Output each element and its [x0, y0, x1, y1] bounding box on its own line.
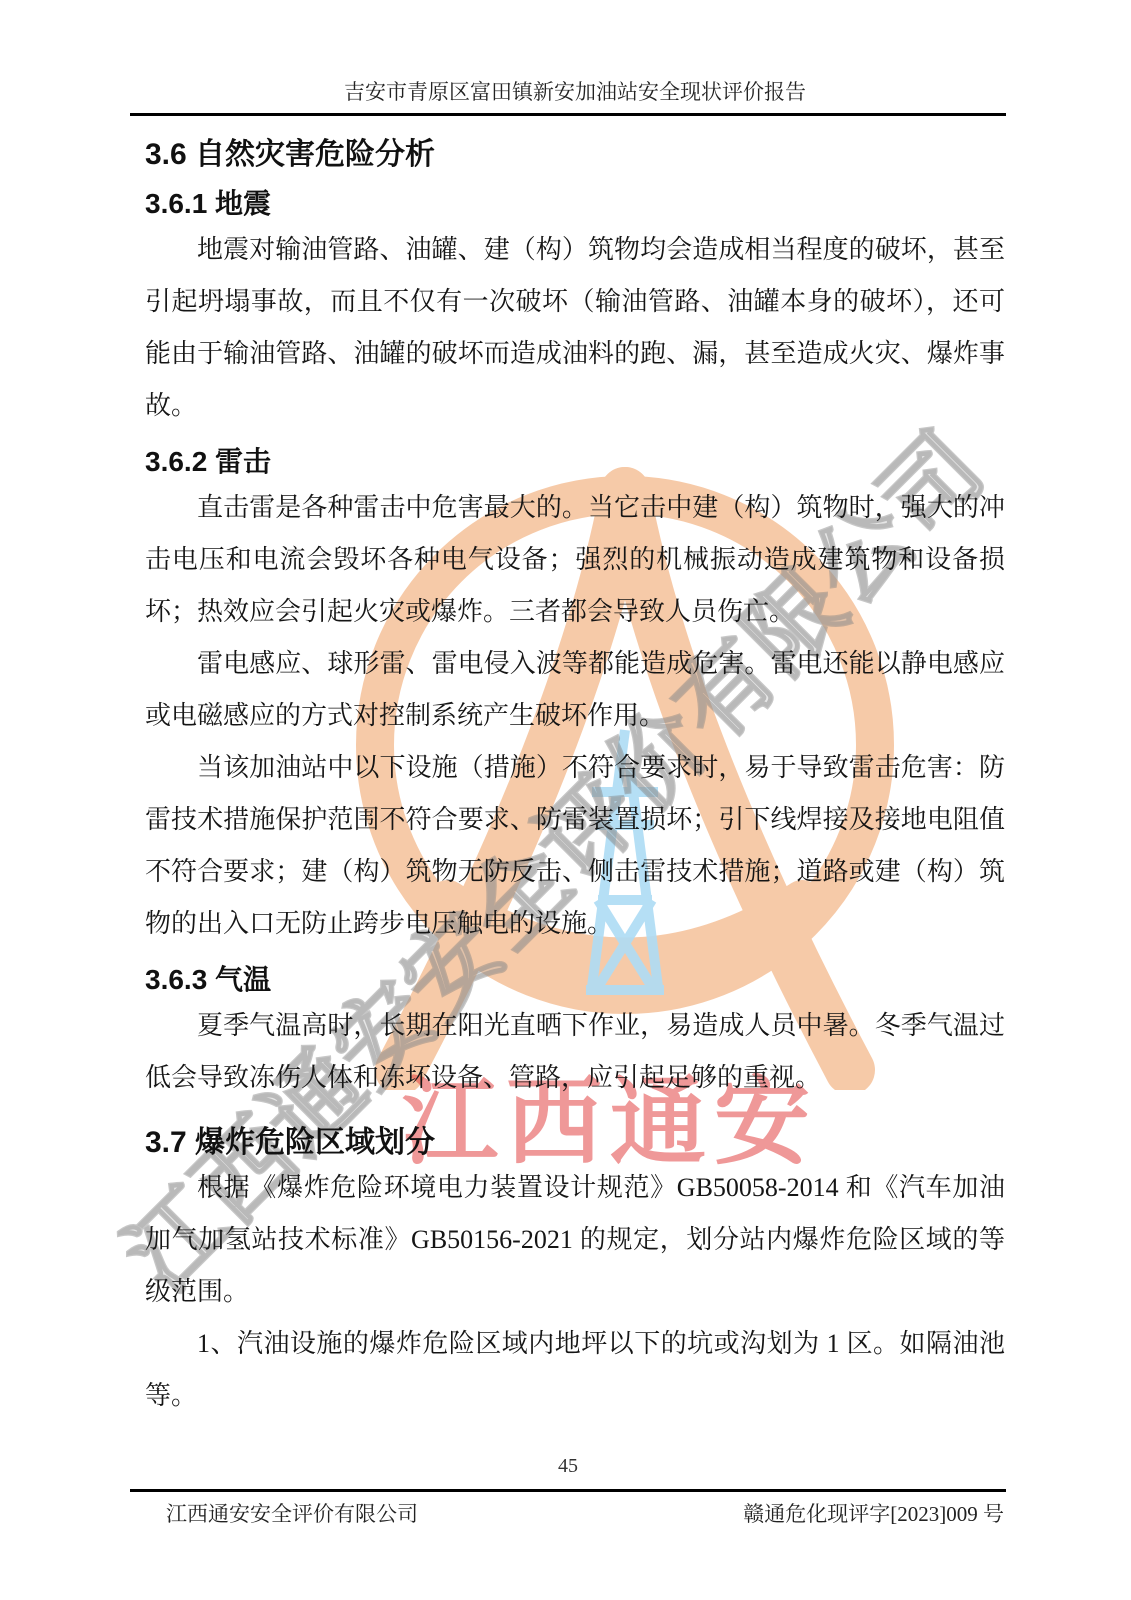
footer-doc-number: 赣通危化现评字[2023]009 号 — [743, 1498, 1006, 1528]
paragraph-explosion-zones: 根据《爆炸危险环境电力装置设计规范》GB50058-2014 和《汽车加油加气加… — [145, 1162, 1005, 1318]
paragraph-zone-1: 1、汽油设施的爆炸危险区域内地坪以下的坑或沟划为 1 区。如隔油池等。 — [145, 1318, 1005, 1422]
paragraph-lightning-3: 当该加油站中以下设施（措施）不符合要求时，易于导致雷击危害：防雷技术措施保护范围… — [145, 742, 1005, 950]
paragraph-lightning-1: 直击雷是各种雷击中危害最大的。当它击中建（构）筑物时，强大的冲击电压和电流会毁坏… — [145, 482, 1005, 638]
paragraph-temperature: 夏季气温高时，长期在阳光直晒下作业，易造成人员中暑。冬季气温过低会导致冻伤人体和… — [145, 1000, 1005, 1104]
page-header-title: 吉安市青原区富田镇新安加油站安全现状评价报告 — [145, 82, 1005, 104]
footer-company-name: 江西通安安全评价有限公司 — [130, 1498, 418, 1528]
header-rule — [130, 113, 1006, 116]
section-heading-3-7: 3.7 爆炸危险区域划分 — [145, 1124, 1005, 1162]
page-content: 吉安市青原区富田镇新安加油站安全现状评价报告 3.6 自然灾害危险分析 3.6.… — [145, 0, 1005, 1422]
footer-row: 江西通安安全评价有限公司 赣通危化现评字[2023]009 号 — [130, 1498, 1006, 1528]
page-number: 45 — [130, 1455, 1006, 1478]
page-footer: 45 江西通安安全评价有限公司 赣通危化现评字[2023]009 号 — [130, 1455, 1006, 1528]
section-heading-3-6-2: 3.6.2 雷击 — [145, 444, 1005, 480]
footer-rule — [130, 1489, 1006, 1492]
section-heading-3-6: 3.6 自然灾害危险分析 — [145, 136, 1005, 174]
paragraph-lightning-2: 雷电感应、球形雷、雷电侵入波等都能造成危害。雷电还能以静电感应或电磁感应的方式对… — [145, 638, 1005, 742]
section-heading-3-6-3: 3.6.3 气温 — [145, 962, 1005, 998]
section-heading-3-6-1: 3.6.1 地震 — [145, 186, 1005, 222]
paragraph-earthquake: 地震对输油管路、油罐、建（构）筑物均会造成相当程度的破坏，甚至引起坍塌事故，而且… — [145, 224, 1005, 432]
document-page: 江西通安安全评价有限公司 江西通安 吉安市青原区富田镇新安加油站安全现状评价报告… — [0, 0, 1131, 1600]
